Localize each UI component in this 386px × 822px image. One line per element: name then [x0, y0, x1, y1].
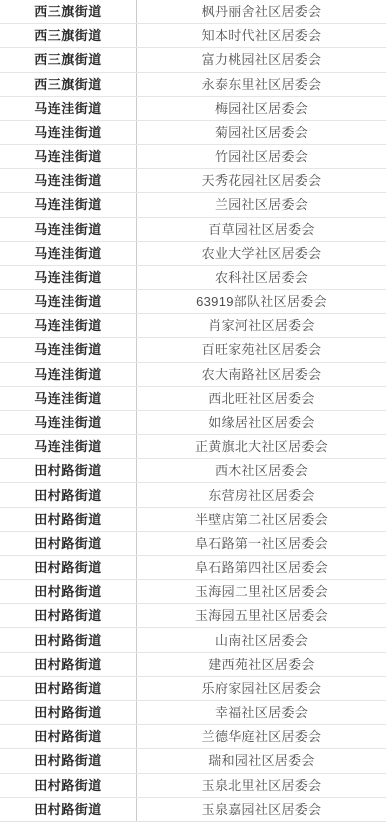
community-table: 西三旗街道 枫丹丽舍社区居委会 西三旗街道 知本时代社区居委会 西三旗街道 富力… — [0, 0, 386, 822]
table-row: 田村路街道 玉泉北里社区居委会 — [0, 774, 386, 798]
table-row: 马连洼街道 百旺家苑社区居委会 — [0, 338, 386, 362]
community-cell: 知本时代社区居委会 — [137, 24, 386, 47]
community-cell: 枫丹丽舍社区居委会 — [137, 0, 386, 23]
community-cell: 梅园社区居委会 — [137, 97, 386, 120]
table-row: 田村路街道 山南社区居委会 — [0, 628, 386, 652]
community-cell: 西木社区居委会 — [137, 459, 386, 482]
table-row: 马连洼街道 63919部队社区居委会 — [0, 290, 386, 314]
community-cell: 菊园社区居委会 — [137, 121, 386, 144]
street-cell: 马连洼街道 — [0, 363, 137, 386]
street-cell: 马连洼街道 — [0, 338, 137, 361]
community-cell: 阜石路第一社区居委会 — [137, 532, 386, 555]
street-cell: 马连洼街道 — [0, 218, 137, 241]
table-row: 田村路街道 幸福社区居委会 — [0, 701, 386, 725]
street-cell: 西三旗街道 — [0, 0, 137, 23]
table-row: 田村路街道 阜石路第一社区居委会 — [0, 532, 386, 556]
street-cell: 田村路街道 — [0, 653, 137, 676]
table-row: 西三旗街道 富力桃园社区居委会 — [0, 48, 386, 72]
community-cell: 山南社区居委会 — [137, 628, 386, 651]
community-cell: 兰园社区居委会 — [137, 193, 386, 216]
table-row: 西三旗街道 永泰东里社区居委会 — [0, 73, 386, 97]
table-row: 马连洼街道 农科社区居委会 — [0, 266, 386, 290]
community-cell: 百旺家苑社区居委会 — [137, 338, 386, 361]
street-cell: 马连洼街道 — [0, 266, 137, 289]
community-cell: 竹园社区居委会 — [137, 145, 386, 168]
street-cell: 田村路街道 — [0, 628, 137, 651]
community-cell: 乐府家园社区居委会 — [137, 677, 386, 700]
table-row: 西三旗街道 枫丹丽舍社区居委会 — [0, 0, 386, 24]
street-cell: 西三旗街道 — [0, 24, 137, 47]
table-row: 田村路街道 乐府家园社区居委会 — [0, 677, 386, 701]
table-row: 马连洼街道 竹园社区居委会 — [0, 145, 386, 169]
community-cell: 农科社区居委会 — [137, 266, 386, 289]
street-cell: 西三旗街道 — [0, 73, 137, 96]
community-cell: 玉海园二里社区居委会 — [137, 580, 386, 603]
community-cell: 百草园社区居委会 — [137, 218, 386, 241]
community-cell: 肖家河社区居委会 — [137, 314, 386, 337]
table-row: 西三旗街道 知本时代社区居委会 — [0, 24, 386, 48]
table-row: 马连洼街道 兰园社区居委会 — [0, 193, 386, 217]
street-cell: 马连洼街道 — [0, 121, 137, 144]
street-cell: 田村路街道 — [0, 532, 137, 555]
street-cell: 田村路街道 — [0, 725, 137, 748]
street-cell: 田村路街道 — [0, 580, 137, 603]
table-row: 马连洼街道 肖家河社区居委会 — [0, 314, 386, 338]
street-cell: 马连洼街道 — [0, 193, 137, 216]
table-row: 马连洼街道 正黄旗北大社区居委会 — [0, 435, 386, 459]
community-cell: 玉海园五里社区居委会 — [137, 604, 386, 627]
table-row: 马连洼街道 菊园社区居委会 — [0, 121, 386, 145]
community-cell: 63919部队社区居委会 — [137, 290, 386, 313]
table-row: 田村路街道 瑞和园社区居委会 — [0, 749, 386, 773]
community-cell: 半壁店第二社区居委会 — [137, 508, 386, 531]
community-cell: 天秀花园社区居委会 — [137, 169, 386, 192]
table-row: 马连洼街道 如缘居社区居委会 — [0, 411, 386, 435]
street-cell: 马连洼街道 — [0, 242, 137, 265]
street-cell: 马连洼街道 — [0, 97, 137, 120]
street-cell: 田村路街道 — [0, 459, 137, 482]
community-cell: 永泰东里社区居委会 — [137, 73, 386, 96]
community-cell: 建西苑社区居委会 — [137, 653, 386, 676]
table-row: 马连洼街道 梅园社区居委会 — [0, 97, 386, 121]
table-row: 田村路街道 阜石路第四社区居委会 — [0, 556, 386, 580]
community-cell: 如缘居社区居委会 — [137, 411, 386, 434]
street-cell: 马连洼街道 — [0, 435, 137, 458]
table-row: 田村路街道 玉海园二里社区居委会 — [0, 580, 386, 604]
table-row: 田村路街道 东营房社区居委会 — [0, 483, 386, 507]
community-cell: 幸福社区居委会 — [137, 701, 386, 724]
street-cell: 马连洼街道 — [0, 314, 137, 337]
street-cell: 田村路街道 — [0, 701, 137, 724]
street-cell: 马连洼街道 — [0, 145, 137, 168]
street-cell: 马连洼街道 — [0, 387, 137, 410]
community-cell: 农大南路社区居委会 — [137, 363, 386, 386]
community-cell: 阜石路第四社区居委会 — [137, 556, 386, 579]
table-row: 田村路街道 半壁店第二社区居委会 — [0, 508, 386, 532]
street-cell: 马连洼街道 — [0, 290, 137, 313]
community-cell: 玉泉北里社区居委会 — [137, 774, 386, 797]
street-cell: 田村路街道 — [0, 556, 137, 579]
community-cell: 农业大学社区居委会 — [137, 242, 386, 265]
community-cell: 玉泉嘉园社区居委会 — [137, 798, 386, 821]
community-cell: 兰德华庭社区居委会 — [137, 725, 386, 748]
street-cell: 田村路街道 — [0, 774, 137, 797]
table-row: 田村路街道 兰德华庭社区居委会 — [0, 725, 386, 749]
street-cell: 西三旗街道 — [0, 48, 137, 71]
table-row: 田村路街道 西木社区居委会 — [0, 459, 386, 483]
street-cell: 田村路街道 — [0, 677, 137, 700]
page: 西三旗街道 枫丹丽舍社区居委会 西三旗街道 知本时代社区居委会 西三旗街道 富力… — [0, 0, 386, 822]
table-row: 马连洼街道 天秀花园社区居委会 — [0, 169, 386, 193]
table-row: 马连洼街道 农大南路社区居委会 — [0, 363, 386, 387]
street-cell: 田村路街道 — [0, 508, 137, 531]
table-row: 田村路街道 玉泉嘉园社区居委会 — [0, 798, 386, 822]
street-cell: 田村路街道 — [0, 604, 137, 627]
community-cell: 瑞和园社区居委会 — [137, 749, 386, 772]
street-cell: 田村路街道 — [0, 798, 137, 821]
street-cell: 马连洼街道 — [0, 169, 137, 192]
table-row: 田村路街道 玉海园五里社区居委会 — [0, 604, 386, 628]
table-row: 马连洼街道 百草园社区居委会 — [0, 218, 386, 242]
community-cell: 西北旺社区居委会 — [137, 387, 386, 410]
community-cell: 东营房社区居委会 — [137, 483, 386, 506]
table-row: 田村路街道 建西苑社区居委会 — [0, 653, 386, 677]
community-cell: 正黄旗北大社区居委会 — [137, 435, 386, 458]
table-row: 马连洼街道 农业大学社区居委会 — [0, 242, 386, 266]
community-cell: 富力桃园社区居委会 — [137, 48, 386, 71]
street-cell: 马连洼街道 — [0, 411, 137, 434]
table-row: 马连洼街道 西北旺社区居委会 — [0, 387, 386, 411]
street-cell: 田村路街道 — [0, 749, 137, 772]
street-cell: 田村路街道 — [0, 483, 137, 506]
